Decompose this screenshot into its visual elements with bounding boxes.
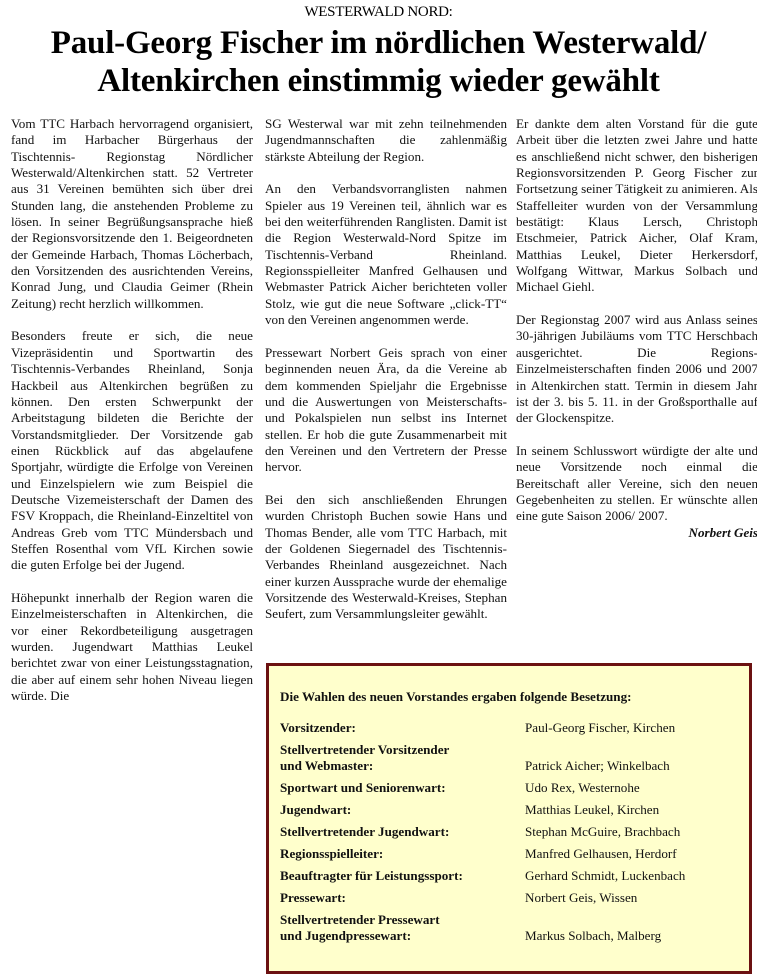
paragraph: Bei den sich anschließenden Ehrungen wur…	[265, 492, 507, 623]
role-label: Regionsspielleiter:	[280, 846, 520, 862]
role-label: Pressewart:	[280, 890, 520, 906]
kicker: WESTERWALD NORD:	[0, 4, 757, 21]
role-label: Stellvertretender Pressewartund Jugendpr…	[280, 912, 520, 944]
person-name: Markus Solbach, Malberg	[525, 928, 661, 944]
headline: Paul-Georg Fischer im nördlichen Westerw…	[0, 24, 757, 100]
role-label: Stellvertretender Jugendwart:	[280, 824, 520, 840]
headline-line-2: Altenkirchen einstimmig wieder gewählt	[0, 62, 757, 100]
person-name: Patrick Aicher; Winkelbach	[525, 758, 670, 774]
paragraph: Er dankte dem alten Vorstand für die gut…	[516, 116, 757, 296]
article-column-2: SG Westerwal war mit zehn teilnehmenden …	[265, 116, 507, 623]
role-label: Beauftragter für Leistungssport:	[280, 868, 520, 884]
paragraph: Pressewart Norbert Geis sprach von einer…	[265, 345, 507, 476]
paragraph: Vom TTC Harbach hervorragend organisiert…	[11, 116, 253, 312]
person-name: Paul-Georg Fischer, Kirchen	[525, 720, 675, 736]
role-label: Jugendwart:	[280, 802, 520, 818]
person-name: Udo Rex, Westernohe	[525, 780, 640, 796]
paragraph: Besonders freute er sich, die neue Vizep…	[11, 328, 253, 573]
paragraph: In seinem Schlusswort würdigte der alte …	[516, 443, 757, 525]
headline-line-1: Paul-Georg Fischer im nördlichen Westerw…	[0, 24, 757, 62]
paragraph: Höhepunkt innerhalb der Region waren die…	[11, 590, 253, 704]
person-name: Matthias Leukel, Kirchen	[525, 802, 659, 818]
person-name: Stephan McGuire, Brachbach	[525, 824, 680, 840]
article-column-1: Vom TTC Harbach hervorragend organisiert…	[11, 116, 253, 704]
role-label: Sportwart und Seniorenwart:	[280, 780, 520, 796]
paragraph: Der Regionstag 2007 wird aus Anlass sein…	[516, 312, 757, 426]
election-results-box: Die Wahlen des neuen Vorstandes ergaben …	[266, 663, 752, 974]
person-name: Manfred Gelhausen, Herdorf	[525, 846, 677, 862]
role-label: Stellvertretender Vorsitzenderund Webmas…	[280, 742, 520, 774]
paragraph: SG Westerwal war mit zehn teilnehmenden …	[265, 116, 507, 165]
paragraph: An den Verbandsvorranglisten nahmen Spie…	[265, 181, 507, 328]
author-byline: Norbert Geis	[516, 525, 757, 541]
article-column-3: Er dankte dem alten Vorstand für die gut…	[516, 116, 757, 541]
person-name: Norbert Geis, Wissen	[525, 890, 637, 906]
person-name: Gerhard Schmidt, Luckenbach	[525, 868, 685, 884]
box-title: Die Wahlen des neuen Vorstandes ergaben …	[280, 689, 632, 705]
role-label: Vorsitzender:	[280, 720, 520, 736]
